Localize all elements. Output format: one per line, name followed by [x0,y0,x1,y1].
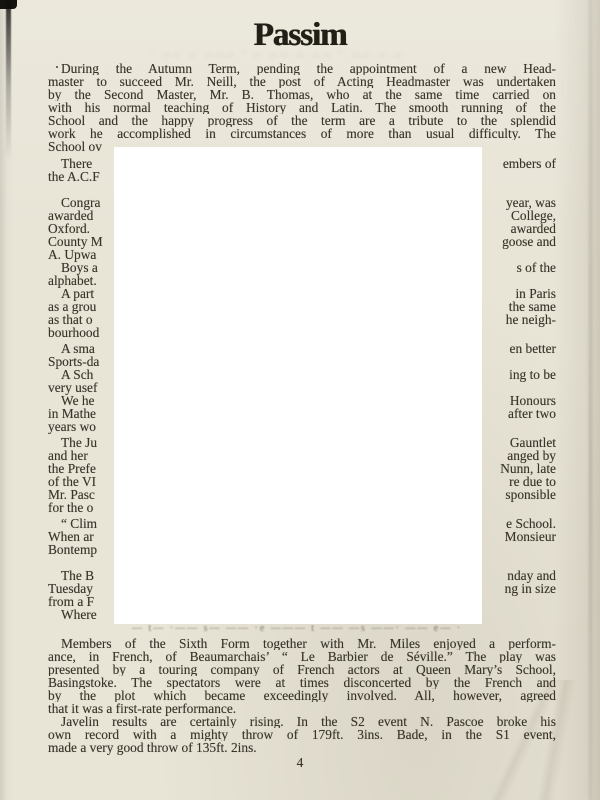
redaction-overlay [114,147,482,624]
text-line: ance, in French, of Beaumarchais’ “ Le B… [48,650,556,663]
text-line: Basingstoke. The spectators were at time… [48,676,556,689]
text-line: Javelin results are certainly rising. In… [48,715,556,728]
text-line: that it was a first-rate performance. [48,702,556,715]
text-line: presented by a touring company of French… [48,663,556,676]
text-line: with his normal teaching of History and … [48,101,556,114]
text-line: During the Autumn Term, pending the appo… [48,62,556,75]
text-line: made a very good throw of 135ft. 2ins. [48,741,556,754]
text-fragment-left: the A.C.F [48,170,100,183]
text-fragment-right: s of the [517,261,556,274]
text-fragment-right: goose and [502,235,556,248]
text-fragment-right: ing to be [509,368,556,381]
text-fragment-left: School ov [48,140,102,153]
text-fragment-left: years wo [48,420,96,433]
text-fragment-right: embers of [503,157,556,170]
text-fragment-left: bourhood [48,326,99,339]
text-fragment-left: for the o [48,501,93,514]
text-fragment-left: Where [61,608,97,621]
text-fragment-left: Bontemp [48,543,97,556]
cut-text-remnant: — t— ·—— s— —— ·e ——— t —— —s ——· —— e— … [132,623,476,632]
text-line: master to succeed Mr. Neill, the post of… [48,75,556,88]
page-title: Passim [0,18,600,52]
text-line: School and the happy progress of the ter… [48,114,556,127]
text-line: by the Second Master, Mr. B. Thomas, who… [48,88,556,101]
text-line: Members of the Sixth Form together with … [48,637,556,650]
text-fragment-right: sponsible [505,488,556,501]
scanned-magazine-page: · ‥‥ ‥ ‥‥‥ · ‥ ‥‥ ‥ ‥‥ · ‥‥ ‥ ‥ Passim D… [0,0,600,800]
text-fragment-right: he neigh- [506,313,556,326]
text-fragment-right: ng in size [505,582,556,595]
text-line: work he accomplished in circumstances of… [48,127,556,140]
text-fragment-right: Monsieur [505,530,556,543]
text-fragment-right: after two [508,407,556,420]
page-number: 4 [0,755,600,771]
text-fragment-right: en better [510,342,556,355]
